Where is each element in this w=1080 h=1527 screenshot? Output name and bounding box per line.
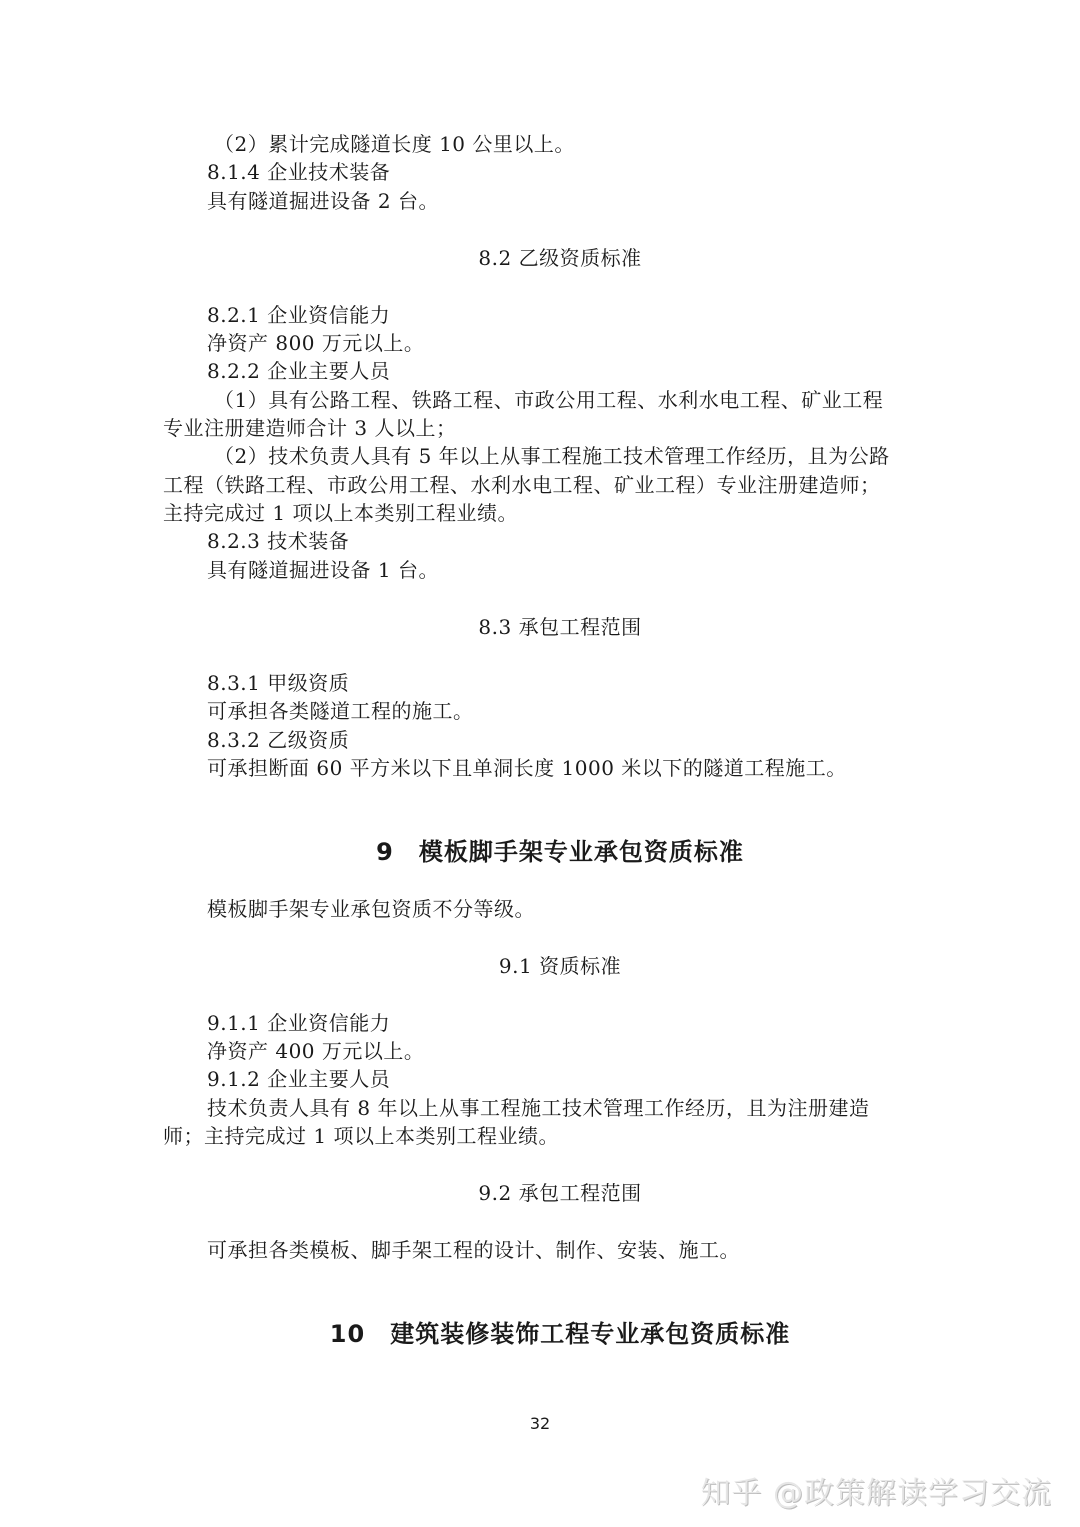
paragraph: 技术负责人具有 8 年以上从事工程施工技术管理工作经历，且为注册建造: [207, 1094, 967, 1122]
subsection-title: 8.1.4 企业技术装备: [207, 158, 967, 186]
paragraph: 可承担各类隧道工程的施工。: [207, 697, 967, 725]
chapter-heading: 10 建筑装修装饰工程专业承包资质标准: [0, 1318, 1080, 1350]
section-heading: 9.1 资质标准: [0, 952, 1080, 980]
subsection-title: 8.3.2 乙级资质: [207, 726, 967, 754]
document-page: （2）累计完成隧道长度 10 公里以上。 8.1.4 企业技术装备 具有隧道掘进…: [0, 0, 1080, 1527]
subsection-title: 9.1.1 企业资信能力: [207, 1009, 967, 1037]
paragraph: 具有隧道掘进设备 1 台。: [207, 556, 967, 584]
subsection-title: 8.2.3 技术装备: [207, 527, 967, 555]
subsection-title: 9.1.2 企业主要人员: [207, 1065, 967, 1093]
section-heading: 9.2 承包工程范围: [0, 1179, 1080, 1207]
paragraph: （2）累计完成隧道长度 10 公里以上。: [214, 130, 974, 158]
subsection-title: 8.2.2 企业主要人员: [207, 357, 967, 385]
chapter-heading: 9 模板脚手架专业承包资质标准: [0, 836, 1080, 868]
paragraph: 具有隧道掘进设备 2 台。: [207, 187, 967, 215]
paragraph: 工程（铁路工程、市政公用工程、水利水电工程、矿业工程）专业注册建造师；: [163, 471, 923, 499]
subsection-title: 8.2.1 企业资信能力: [207, 301, 967, 329]
watermark: 知乎 @政策解读学习交流: [700, 1468, 1052, 1512]
section-heading: 8.3 承包工程范围: [0, 613, 1080, 641]
subsection-title: 8.3.1 甲级资质: [207, 669, 967, 697]
paragraph: 可承担各类模板、脚手架工程的设计、制作、安装、施工。: [207, 1236, 967, 1264]
paragraph: （1）具有公路工程、铁路工程、市政公用工程、水利水电工程、矿业工程: [214, 386, 974, 414]
paragraph: 净资产 400 万元以上。: [207, 1037, 967, 1065]
paragraph: 专业注册建造师合计 3 人以上；: [163, 414, 923, 442]
page-number: 32: [0, 1414, 1080, 1433]
paragraph: 模板脚手架专业承包资质不分等级。: [207, 895, 967, 923]
paragraph: 净资产 800 万元以上。: [207, 329, 967, 357]
section-heading: 8.2 乙级资质标准: [0, 244, 1080, 272]
paragraph: （2）技术负责人具有 5 年以上从事工程施工技术管理工作经历，且为公路: [214, 442, 974, 470]
paragraph: 师；主持完成过 1 项以上本类别工程业绩。: [163, 1122, 923, 1150]
paragraph: 可承担断面 60 平方米以下且单洞长度 1000 米以下的隧道工程施工。: [207, 754, 967, 782]
paragraph: 主持完成过 1 项以上本类别工程业绩。: [163, 499, 923, 527]
